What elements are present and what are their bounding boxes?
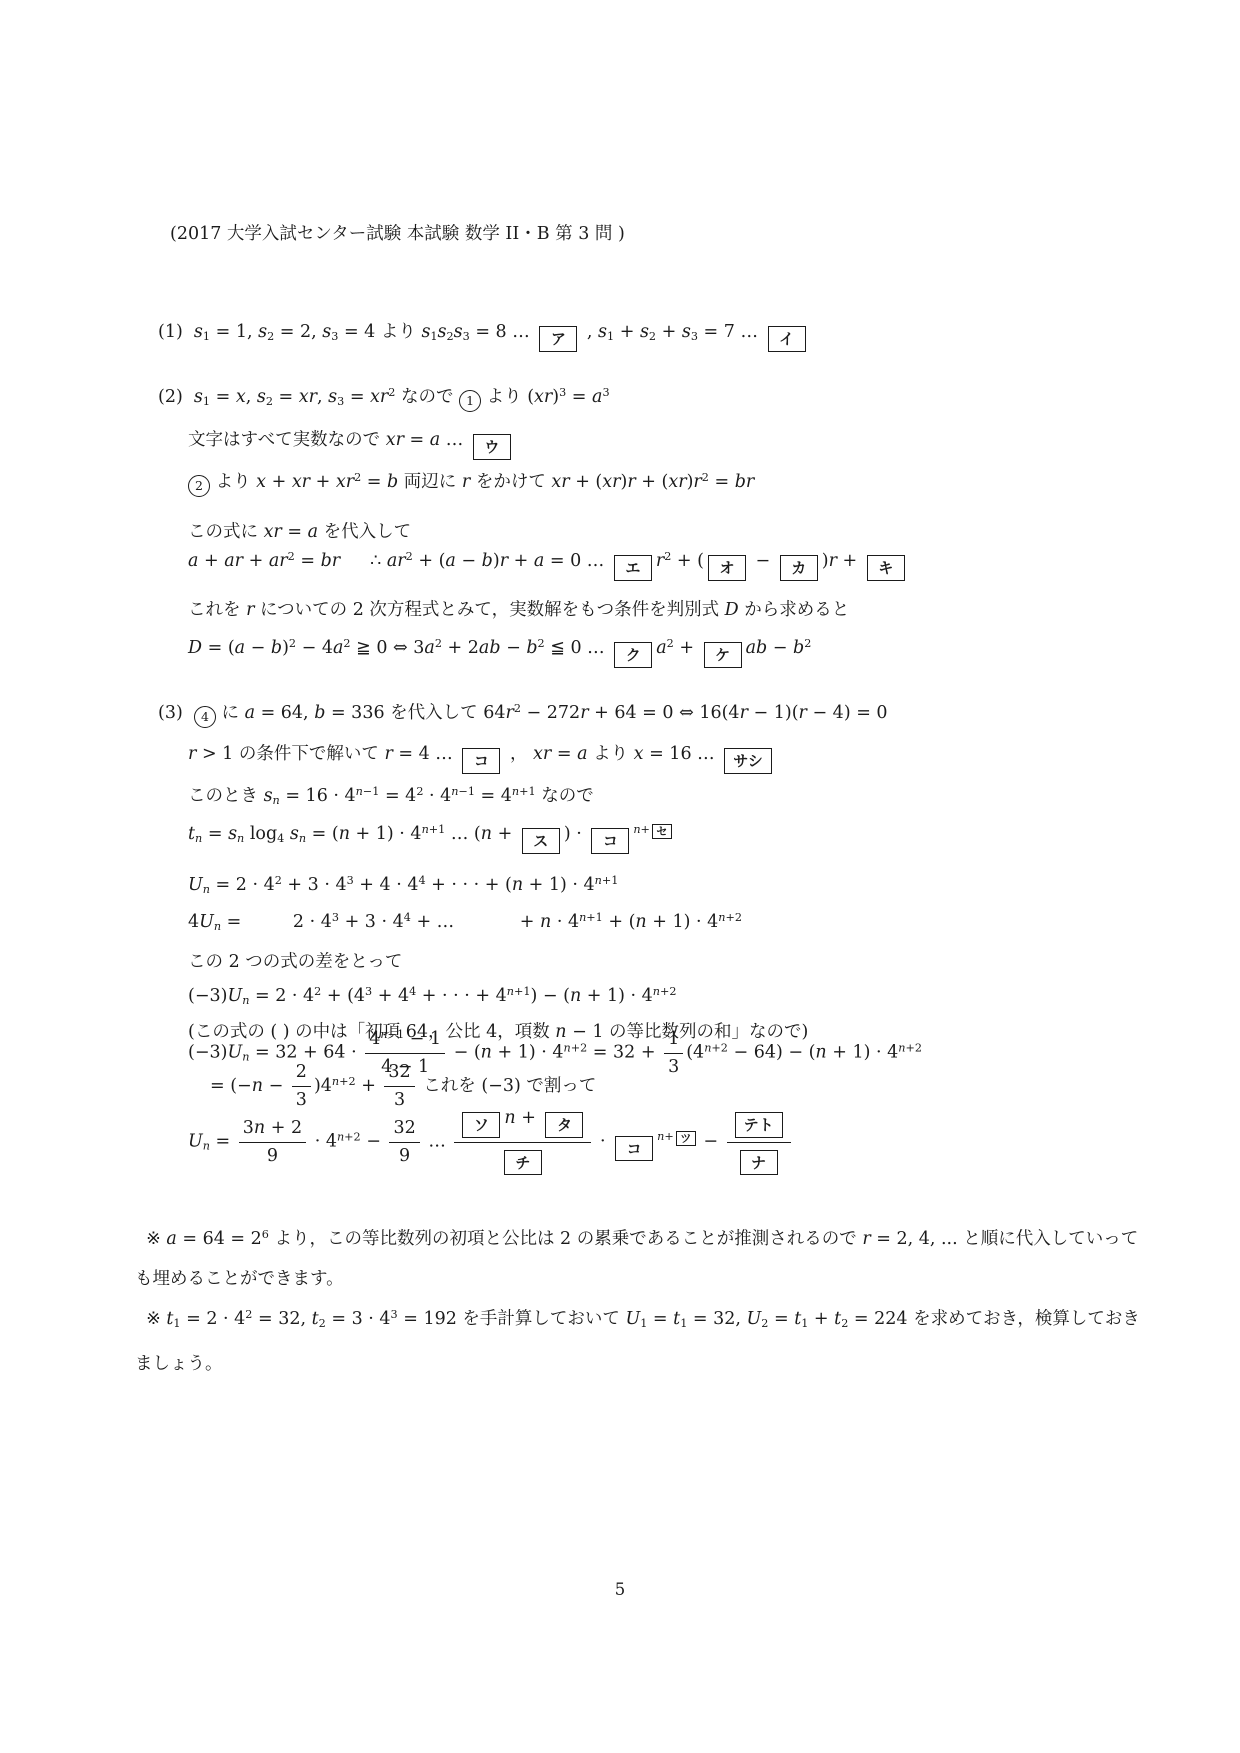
line-2-eq2: 2 より x + xr + xr2 = b 両辺に r をかけて xr + (x… (188, 470, 754, 497)
text-run: ※ (135, 1229, 166, 1249)
line-3-sn: このとき sn = 16 · 4n−1 = 42 · 4n−1 = 4n+1 な… (188, 784, 594, 809)
text-run: をかけて (470, 472, 551, 492)
math-var: ab (479, 638, 501, 658)
math-var: n (595, 874, 602, 887)
text-run: これを (−3) で割って (418, 1076, 597, 1096)
text-run: 2 (275, 874, 282, 887)
answer-box: ク (614, 642, 652, 668)
math-var: r (693, 472, 701, 492)
superscript: 3 (332, 911, 339, 924)
superscript: 2 (288, 550, 295, 563)
answer-box: タ (545, 1112, 583, 1138)
math-var: n (570, 986, 581, 1006)
subscript: 1 (430, 330, 437, 343)
text-run: − 272 (521, 703, 580, 723)
math-var: s (257, 387, 266, 407)
superscript: 2 (435, 637, 442, 650)
text-run: 3 (691, 330, 698, 343)
math-var: a (592, 387, 602, 407)
math-var: D (725, 600, 739, 620)
math-var: U (188, 1132, 203, 1152)
text-run: + (674, 638, 700, 658)
math-var: a (656, 638, 666, 658)
text-run: = 3 · 4 (326, 1309, 391, 1329)
math-var: b (526, 638, 537, 658)
text-run: − (698, 1132, 724, 1152)
math-var: a (333, 638, 343, 658)
text-run: + ( (671, 551, 704, 571)
subscript: 1 (173, 1317, 180, 1330)
superscript: n+1 (422, 823, 446, 836)
superscript: 4 (404, 911, 411, 924)
text-run: − 4 (296, 638, 333, 658)
superscript: n+1 (579, 911, 603, 924)
text-run: + (266, 472, 292, 492)
text-run: + ( (603, 912, 636, 932)
text-run: · 4 (551, 912, 579, 932)
text-run: · (594, 1132, 611, 1152)
text-run: + ( (413, 551, 446, 571)
text-run: + (514, 912, 540, 932)
text-run: = (210, 387, 236, 407)
text-run: = (551, 744, 577, 764)
math-var: s (290, 824, 299, 844)
answer-box: ケ (704, 642, 742, 668)
text-run: > 1 の条件下で解いて (196, 744, 384, 764)
subscript: 1 (203, 330, 210, 343)
math-var: n (481, 824, 492, 844)
line-2-discriminant: D = (a − b)2 − 4a2 ≧ 0 ⇔ 3a2 + 2ab − b2 … (188, 636, 811, 669)
text-run: − 1 (404, 1029, 441, 1049)
math-var: x (256, 472, 266, 492)
answer-box: コ (462, 748, 500, 774)
line-2-discriminant-intro: これを r についての 2 次方程式とみて，実数解をもつ条件を判別式 D から求… (188, 598, 849, 623)
text-run: − (501, 638, 527, 658)
text-run: + (656, 322, 682, 342)
text-run: より ( (481, 387, 534, 407)
text-run: 9 (267, 1146, 278, 1166)
math-var: s (640, 322, 649, 342)
text-run: = (344, 387, 370, 407)
line-3-simplify: = (−n − 23)4n+2 + 323 これを (−3) で割って (210, 1062, 596, 1111)
fraction-denominator: 3 (664, 1054, 683, 1078)
math-var: x (236, 387, 246, 407)
text-run: = (709, 472, 735, 492)
line-3-4un: 4Un = 2 · 43 + 3 · 44 + … + n · 4n+1 + (… (188, 910, 742, 935)
math-var: n (504, 1108, 515, 1128)
fraction-numerator: ソn + タ (454, 1108, 591, 1143)
text-run: − 64) − ( (728, 1043, 816, 1063)
text-run: + · · · + 4 (416, 986, 507, 1006)
text-run: 両辺に (398, 472, 462, 492)
text-run: + (508, 551, 534, 571)
math-var: r (740, 703, 748, 723)
line-3-solve-r: r > 1 の条件下で解いて r = 4 … コ ， xr = a より x =… (188, 742, 776, 775)
text-run: +2 (339, 1075, 356, 1088)
text-run: = (273, 387, 299, 407)
text-run: この 2 つの式の差をとって (188, 952, 402, 972)
text-run: ) (493, 551, 500, 571)
math-var: s (682, 322, 691, 342)
math-var: r (656, 551, 664, 571)
math-var: U (625, 1309, 640, 1329)
answer-box: テト (735, 1112, 783, 1138)
math-var: n (633, 823, 640, 836)
text-run: + (808, 1309, 834, 1329)
math-var: r (462, 472, 470, 492)
superscript: 2 (406, 550, 413, 563)
math-var: xr (533, 744, 551, 764)
text-run: 9 (399, 1146, 410, 1166)
fraction-numerator: テト (727, 1108, 791, 1143)
text-run: = 192 を手計算しておいて (398, 1309, 626, 1329)
superscript: 2 (667, 637, 674, 650)
text-run: +2 (660, 985, 677, 998)
fraction: ソn + タチ (454, 1108, 591, 1176)
math-var: ar (224, 551, 243, 571)
math-var: n (203, 1139, 210, 1152)
text-run: + (243, 551, 269, 571)
text-run: 2 (343, 637, 350, 650)
math-var: b (482, 551, 493, 571)
text-run: = 2, (274, 322, 322, 342)
text-run: ， (504, 744, 533, 764)
text-run: + 64 = 0 ⇔ 16(4 (589, 703, 740, 723)
math-var: n (718, 911, 725, 924)
text-run: 3 (668, 1057, 679, 1077)
math-var: n (273, 794, 280, 807)
math-var: r (580, 703, 588, 723)
text-run: (−3) (188, 1043, 227, 1063)
text-run: (−3) (188, 986, 227, 1006)
text-run: … (423, 1132, 452, 1152)
math-var: ar (269, 551, 288, 571)
subscript: n (299, 832, 306, 845)
math-var: s (194, 322, 203, 342)
text-run: 2 (514, 702, 521, 715)
math-var: U (199, 912, 214, 932)
superscript: n+ツ (657, 1130, 698, 1143)
text-run: ) − ( (530, 986, 569, 1006)
text-run: −1 (363, 785, 380, 798)
math-var: a (577, 744, 587, 764)
superscript: 2 (514, 702, 521, 715)
text-run: 1 (430, 330, 437, 343)
math-var: n (635, 912, 646, 932)
text-run: = (566, 387, 592, 407)
text-run: = 2 · 4 (249, 986, 314, 1006)
superscript: n+1 (512, 785, 536, 798)
note-power-of-two: ※ a = 64 = 26 より，この等比数列の初項と公比は 2 の累乗であるこ… (135, 1215, 1140, 1299)
text-run: このとき (188, 786, 264, 806)
answer-box: エ (614, 555, 652, 581)
text-run: + 1) · 4 (492, 1043, 564, 1063)
fraction-numerator: 3n + 2 (239, 1118, 306, 1143)
note-check: ※ t1 = 2 · 42 = 32, t2 = 3 · 43 = 192 を手… (135, 1295, 1150, 1384)
fraction-numerator: 32 (384, 1062, 414, 1087)
math-var: n (481, 1043, 492, 1063)
superscript: 3 (347, 874, 354, 887)
text-run: についての 2 次方程式とみて，実数解をもつ条件を判別式 (254, 600, 724, 620)
text-run: +2 (344, 1130, 361, 1143)
math-var: r (829, 551, 837, 571)
text-run: log (244, 824, 277, 844)
math-var: r (384, 744, 392, 764)
superscript: n+セ (633, 823, 674, 836)
page: (2017 大学入試センター試験 本試験 数学 II・B 第 3 問 ) (1)… (0, 0, 1240, 1753)
text-run: (3) (158, 703, 194, 723)
text-run: + 1) · 4 (827, 1043, 899, 1063)
answer-box: キ (867, 555, 905, 581)
line-3-tn: tn = sn log4 sn = (n + 1) · 4n+1 … (n + … (188, 822, 674, 855)
text-run: 1 (668, 1029, 679, 1049)
math-var: xr (336, 472, 354, 492)
math-var: r (799, 703, 807, 723)
text-run: + ( (636, 472, 669, 492)
text-run: 32 (388, 1062, 410, 1082)
math-var: n (653, 985, 660, 998)
text-run: = 16 … (644, 744, 721, 764)
text-run: +1 (429, 823, 446, 836)
text-run: + … (411, 912, 454, 932)
text-run: ※ (135, 1309, 166, 1329)
text-run: = 2 · 4 (181, 1309, 246, 1329)
text-run: = 7 … (698, 322, 764, 342)
math-var: s (322, 322, 331, 342)
math-var: ar (387, 551, 406, 571)
math-var: r (627, 472, 635, 492)
fraction-denominator: ナ (727, 1143, 791, 1177)
text-run: = 64 = 2 (177, 1229, 262, 1249)
text-run: … ( (445, 824, 480, 844)
math-var: a (235, 638, 245, 658)
text-run: 32 (393, 1118, 415, 1138)
math-var: U (227, 986, 242, 1006)
text-run: = (202, 824, 228, 844)
subscript: n (203, 1139, 210, 1152)
text-run: +1 (514, 985, 531, 998)
fraction: 3n + 29 (239, 1118, 306, 1167)
text-run: + 1) · 4 (581, 986, 653, 1006)
superscript: 2 (538, 637, 545, 650)
text-run: これを (188, 600, 246, 620)
math-var: a (424, 638, 434, 658)
text-run: 2 (667, 637, 674, 650)
superscript: 2 (275, 874, 282, 887)
math-var: D (188, 638, 202, 658)
superscript: n−1 (380, 1028, 404, 1041)
text-run: から求めると (739, 600, 850, 620)
text-run: = (210, 1132, 236, 1152)
text-run: − (767, 638, 793, 658)
math-var: s (454, 322, 463, 342)
math-var: xr (264, 522, 282, 542)
math-var: a (430, 430, 440, 450)
text-run: − 1)( (748, 703, 799, 723)
math-var: xr (602, 472, 620, 492)
math-var: s (258, 322, 267, 342)
text-run: − (456, 551, 482, 571)
math-var: br (321, 551, 341, 571)
subscript: n (273, 794, 280, 807)
superscript: 6 (262, 1228, 269, 1241)
text-run: 2 (538, 637, 545, 650)
fraction-denominator: 9 (389, 1143, 419, 1167)
superscript: n−1 (451, 785, 475, 798)
text-run: ≧ 0 ⇔ 3 (351, 638, 425, 658)
text-run: 2 (702, 471, 709, 484)
text-run: + 3 · 4 (282, 875, 347, 895)
answer-box: オ (708, 555, 746, 581)
subscript: 2 (266, 395, 273, 408)
text-run: +1 (586, 911, 603, 924)
text-run: 6 (262, 1228, 269, 1241)
answer-box: チ (504, 1150, 542, 1176)
document-title: (2017 大学入試センター試験 本試験 数学 II・B 第 3 問 ) (170, 222, 625, 247)
line-2-subst: この式に xr = a を代入して (188, 520, 411, 545)
subscript: 1 (203, 395, 210, 408)
fraction-numerator: 1 (664, 1029, 683, 1054)
text-run: 3 (243, 1118, 254, 1138)
fraction-numerator: 4n−1 − 1 (365, 1028, 445, 1054)
superscript: n+2 (564, 1041, 588, 1054)
subscript: 3 (691, 330, 698, 343)
math-var: s (194, 387, 203, 407)
math-var: n (507, 985, 514, 998)
fraction-denominator: チ (454, 1143, 591, 1177)
superscript: n+2 (337, 1130, 361, 1143)
text-run: 3 (332, 911, 339, 924)
line-3-final: Un = 3n + 29 · 4n+2 − 329 … ソn + タチ · コn… (188, 1108, 794, 1176)
line-1: (1) s1 = 1, s2 = 2, s3 = 4 より s1s2s3 = 8… (158, 320, 810, 353)
superscript: 2 (343, 637, 350, 650)
text-run: · 4 (309, 1132, 337, 1152)
math-var: b (387, 472, 398, 492)
subscript: 3 (463, 330, 470, 343)
math-var: xr (551, 472, 569, 492)
line-2-quadratic: a + ar + ar2 = br∴ ar2 + (a − b)r + a = … (188, 549, 909, 582)
line-3-un: Un = 2 · 42 + 3 · 43 + 4 · 44 + · · · + … (188, 873, 618, 898)
math-var: xr (668, 472, 686, 492)
text-run: , (317, 387, 328, 407)
math-var: a (445, 551, 455, 571)
text-run: 2 (289, 637, 296, 650)
text-run: + 1) · 4 (523, 875, 595, 895)
text-run: = (− (210, 1076, 252, 1096)
text-run: (2) (158, 387, 194, 407)
text-run: より (210, 472, 256, 492)
circled-number: 1 (459, 390, 481, 412)
text-run: = 4 より (338, 322, 421, 342)
line-3-diff-intro: この 2 つの式の差をとって (188, 950, 402, 975)
text-run: を代入して (318, 522, 411, 542)
math-var: n (422, 823, 429, 836)
math-var: n (203, 883, 210, 896)
text-run: 3 (296, 1090, 307, 1110)
text-run: + (664, 1130, 673, 1143)
text-run: 2 (406, 550, 413, 563)
answer-box: イ (768, 326, 806, 352)
text-run: + (4 (321, 986, 365, 1006)
fraction: 323 (384, 1062, 414, 1111)
answer-box: サシ (724, 748, 772, 774)
text-run: + (837, 551, 863, 571)
answer-box: ス (522, 828, 560, 854)
text-run: − ( (448, 1043, 481, 1063)
superscript: n+1 (507, 985, 531, 998)
text-run: 2 (649, 330, 656, 343)
text-run: + (516, 1108, 542, 1128)
math-var: br (735, 472, 755, 492)
text-run: + ( (570, 472, 603, 492)
text-run: , (246, 387, 257, 407)
text-run: −1 (388, 1028, 405, 1041)
line-3-intro: (3) 4 に a = 64, b = 336 を代入して 64r2 − 272… (158, 701, 888, 728)
math-var: n (815, 1043, 826, 1063)
math-var: t (188, 824, 195, 844)
math-var: xr (370, 387, 388, 407)
math-var: U (747, 1309, 762, 1329)
text-run: 1 (173, 1317, 180, 1330)
text-run: −1 (458, 785, 475, 798)
text-run: (4 (686, 1043, 704, 1063)
answer-box: コ (591, 828, 629, 854)
circled-number: 2 (188, 475, 210, 497)
fraction-numerator: 2 (292, 1062, 311, 1087)
math-var: b (793, 638, 804, 658)
superscript: 2 (702, 471, 709, 484)
text-run: 4 (188, 912, 199, 932)
text-run: = 1, (210, 322, 258, 342)
math-var: n (540, 912, 551, 932)
math-var: U (227, 1043, 242, 1063)
text-run: +2 (726, 911, 743, 924)
text-run: 3 (602, 386, 609, 399)
text-run: 1 (203, 395, 210, 408)
text-run: ) · (564, 824, 588, 844)
text-run: 3 (463, 330, 470, 343)
answer-box: コ (615, 1136, 653, 1162)
text-run: 4 (418, 874, 425, 887)
fraction: 329 (389, 1118, 419, 1167)
math-var: r (862, 1229, 870, 1249)
superscript: n+2 (898, 1041, 922, 1054)
line-3-diff: (−3)Un = 2 · 42 + (43 + 44 + · · · + 4n+… (188, 984, 677, 1009)
math-var: r (505, 703, 513, 723)
answer-box: ア (539, 326, 577, 352)
text-run: なので (395, 387, 459, 407)
superscript: 3 (602, 386, 609, 399)
text-run: = 32, (687, 1309, 746, 1329)
text-run: + 4 · 4 (354, 875, 419, 895)
superscript: n+1 (595, 874, 619, 887)
math-var: a (308, 522, 318, 542)
text-run: = 32 + 64 · (249, 1043, 362, 1063)
fraction: 13 (664, 1029, 683, 1078)
math-var: n (380, 1028, 387, 1041)
superscript: n−1 (356, 785, 380, 798)
text-run: − (245, 638, 271, 658)
fraction-numerator: 32 (389, 1118, 419, 1143)
fraction: テトナ (727, 1108, 791, 1176)
text-run: 3 (391, 1308, 398, 1321)
math-var: xr (299, 387, 317, 407)
text-run: = 2 · 4 (210, 875, 275, 895)
text-run: = 32, (252, 1309, 311, 1329)
math-var: n (339, 824, 350, 844)
page-number: 5 (0, 1580, 1240, 1599)
math-var: b (271, 638, 282, 658)
